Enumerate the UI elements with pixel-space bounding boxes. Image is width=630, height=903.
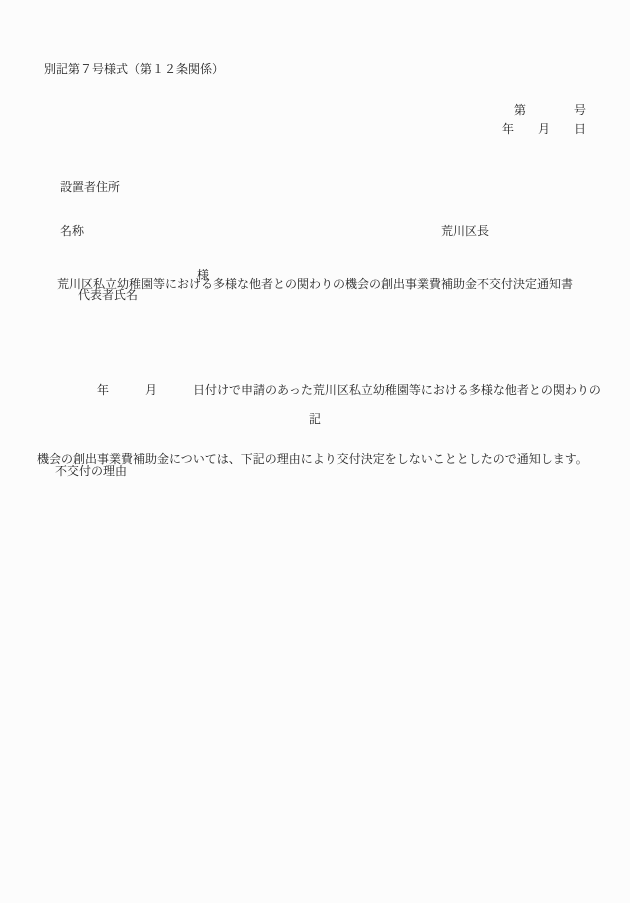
body-paragraph: 年 月 日付けで申請のあった荒川区私立幼稚園等における多様な他者との関わりの 機…: [37, 333, 609, 517]
recipient-address-label: 設置者住所: [60, 177, 138, 197]
non-grant-reason-label: 不交付の理由: [55, 465, 127, 477]
sender-name: 荒川区長: [441, 225, 489, 237]
document-date-line: 年 月 日: [502, 123, 586, 135]
recipient-name-label: 名称: [60, 221, 138, 241]
form-style-label: 別記第７号様式（第１２条関係）: [44, 63, 224, 75]
section-marker-ki: 記: [0, 413, 630, 425]
body-line-1: 年 月 日付けで申請のあった荒川区私立幼稚園等における多様な他者との関わりの: [37, 379, 609, 402]
document-page: 別記第７号様式（第１２条関係） 第 号 年 月 日 設置者住所 名称 代表者氏名…: [0, 0, 630, 903]
document-title: 荒川区私立幼稚園等における多様な他者との関わりの機会の創出事業費補助金不交付決定…: [0, 278, 630, 290]
document-number-line: 第 号: [514, 104, 586, 116]
